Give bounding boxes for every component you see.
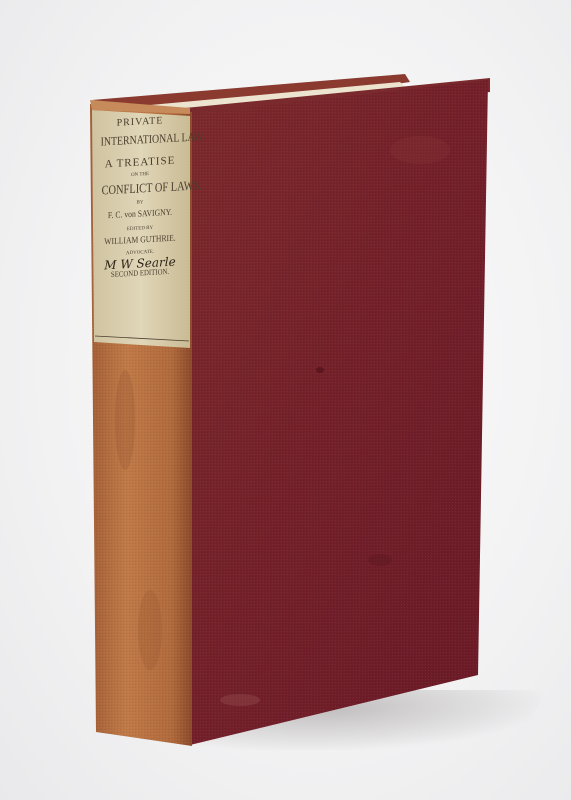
label-line-conflict-of-laws: CONFLICT OF LAWS. [102,179,179,196]
label-line-a-treatise: A TREATISE [92,155,188,171]
spine-label-text: PRIVATE INTERNATIONAL LAW. A TREATISE ON… [92,103,188,344]
label-line-author: F. C. von SAVIGNY. [99,207,181,220]
label-line-international-law: INTERNATIONAL LAW. [101,131,180,147]
label-line-editor: WILLIAM GUTHRIE. [99,233,181,246]
label-line-private: PRIVATE [92,115,188,130]
label-line-edition: SECOND EDITION. [99,267,181,279]
label-line-by: BY [92,198,188,208]
book [0,0,571,800]
